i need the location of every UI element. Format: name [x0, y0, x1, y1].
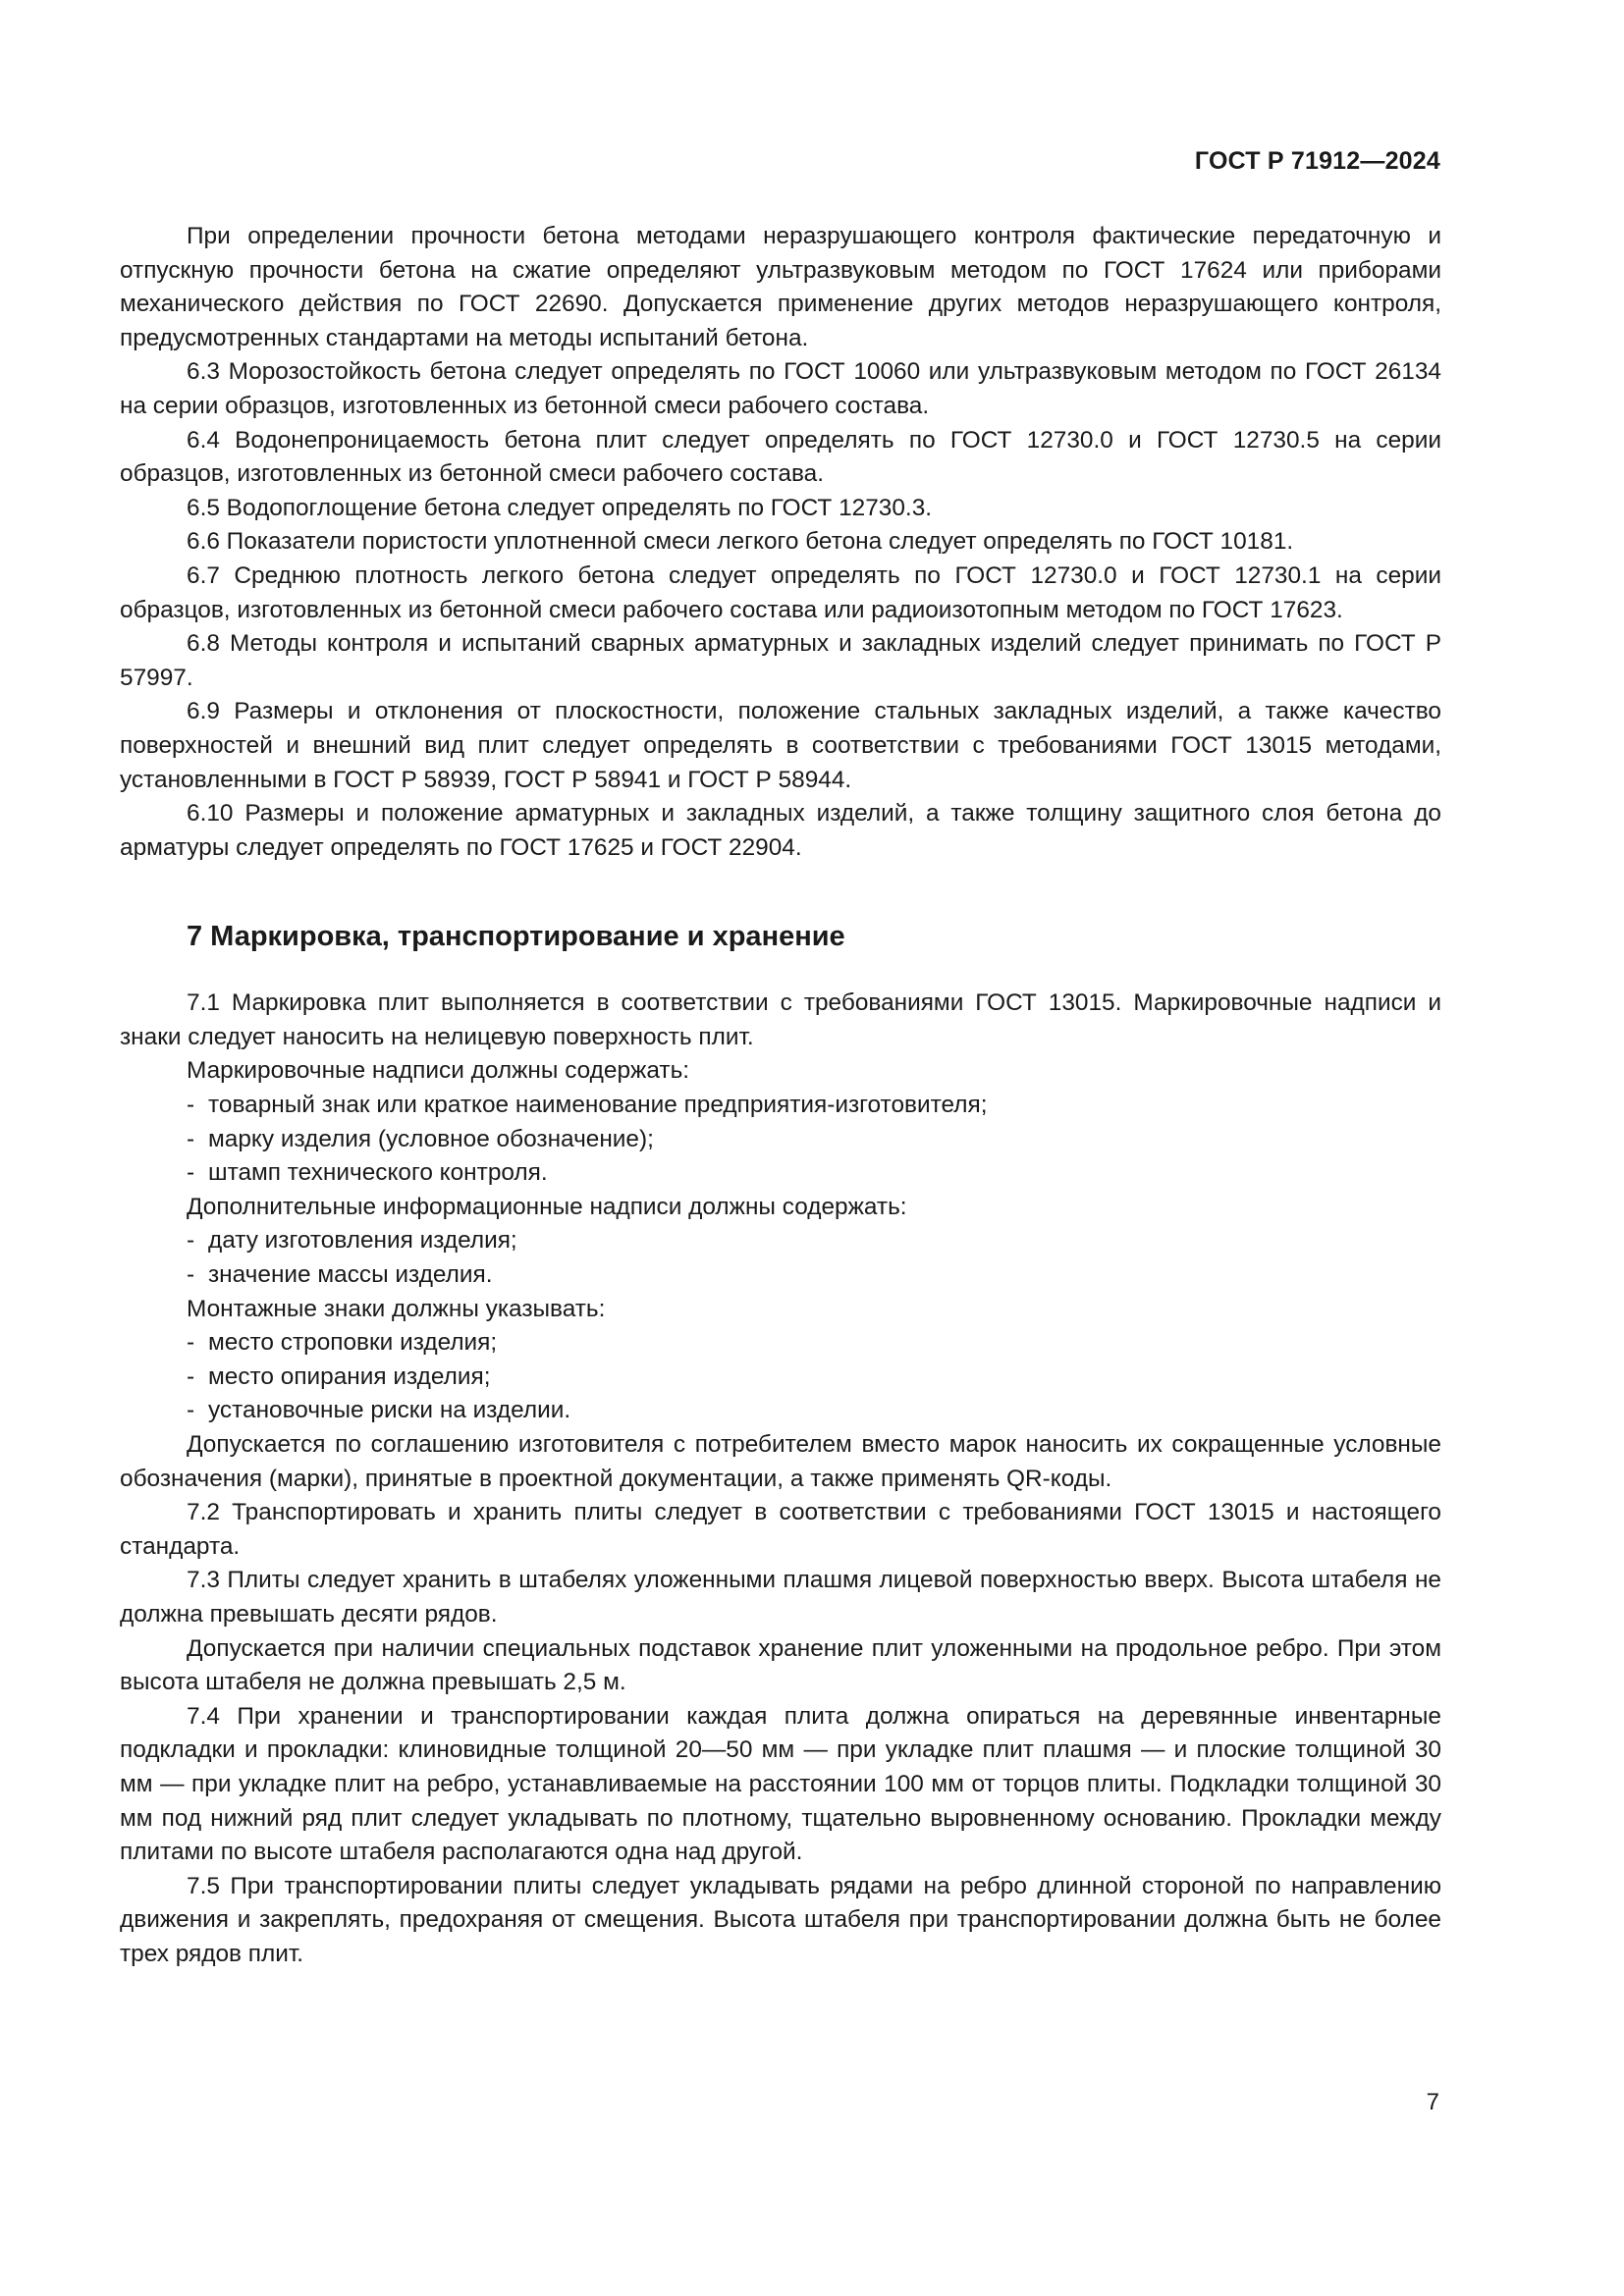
list-item: -штамп технического контроля.	[120, 1156, 1441, 1191]
document-body: При определении прочности бетона методам…	[120, 220, 1441, 1972]
list-dash: -	[187, 1326, 208, 1361]
paragraph-6-4: 6.4 Водонепроницаемость бетона плит след…	[120, 424, 1441, 492]
paragraph-6-5: 6.5 Водопоглощение бетона следует опреде…	[120, 492, 1441, 526]
paragraph-6-10: 6.10 Размеры и положение арматурных и за…	[120, 797, 1441, 865]
paragraph-7-4: 7.4 При хранении и транспортировании каж…	[120, 1700, 1441, 1870]
list-item: -место опирания изделия;	[120, 1361, 1441, 1395]
paragraph-6-8: 6.8 Методы контроля и испытаний сварных …	[120, 627, 1441, 695]
list-dash: -	[187, 1123, 208, 1157]
list-dash: -	[187, 1258, 208, 1293]
marking-intro: Маркировочные надписи должны содержать:	[120, 1054, 1441, 1089]
list-dash: -	[187, 1361, 208, 1395]
additional-intro: Дополнительные информационные надписи до…	[120, 1191, 1441, 1225]
paragraph-7-2: 7.2 Транспортировать и хранить плиты сле…	[120, 1496, 1441, 1564]
list-item: -установочные риски на изделии.	[120, 1394, 1441, 1428]
paragraph-7-1: 7.1 Маркировка плит выполняется в соотве…	[120, 987, 1441, 1054]
list-item: -марку изделия (условное обозначение);	[120, 1123, 1441, 1157]
list-item: -товарный знак или краткое наименование …	[120, 1089, 1441, 1123]
list-dash: -	[187, 1224, 208, 1258]
paragraph-6-3: 6.3 Морозостойкость бетона следует опред…	[120, 355, 1441, 423]
paragraph-6-2-continuation: При определении прочности бетона методам…	[120, 220, 1441, 355]
document-header: ГОСТ Р 71912—2024	[1195, 147, 1440, 176]
paragraph-6-9: 6.9 Размеры и отклонения от плоскостност…	[120, 695, 1441, 797]
list-item: -дату изготовления изделия;	[120, 1224, 1441, 1258]
page-number: 7	[1427, 2089, 1439, 2116]
list-item: -значение массы изделия.	[120, 1258, 1441, 1293]
list-dash: -	[187, 1156, 208, 1191]
list-dash: -	[187, 1394, 208, 1428]
mounting-intro: Монтажные знаки должны указывать:	[120, 1293, 1441, 1327]
paragraph-abbreviations: Допускается по соглашению изготовителя с…	[120, 1428, 1441, 1496]
list-dash: -	[187, 1089, 208, 1123]
paragraph-7-3: 7.3 Плиты следует хранить в штабелях уло…	[120, 1564, 1441, 1631]
paragraph-6-7: 6.7 Среднюю плотность легкого бетона сле…	[120, 560, 1441, 627]
list-item: -место строповки изделия;	[120, 1326, 1441, 1361]
section-7-title: 7 Маркировка, транспортирование и хранен…	[187, 920, 1441, 953]
paragraph-7-5: 7.5 При транспортировании плиты следует …	[120, 1870, 1441, 1972]
paragraph-6-6: 6.6 Показатели пористости уплотненной см…	[120, 525, 1441, 560]
paragraph-7-3-extra: Допускается при наличии специальных подс…	[120, 1632, 1441, 1700]
